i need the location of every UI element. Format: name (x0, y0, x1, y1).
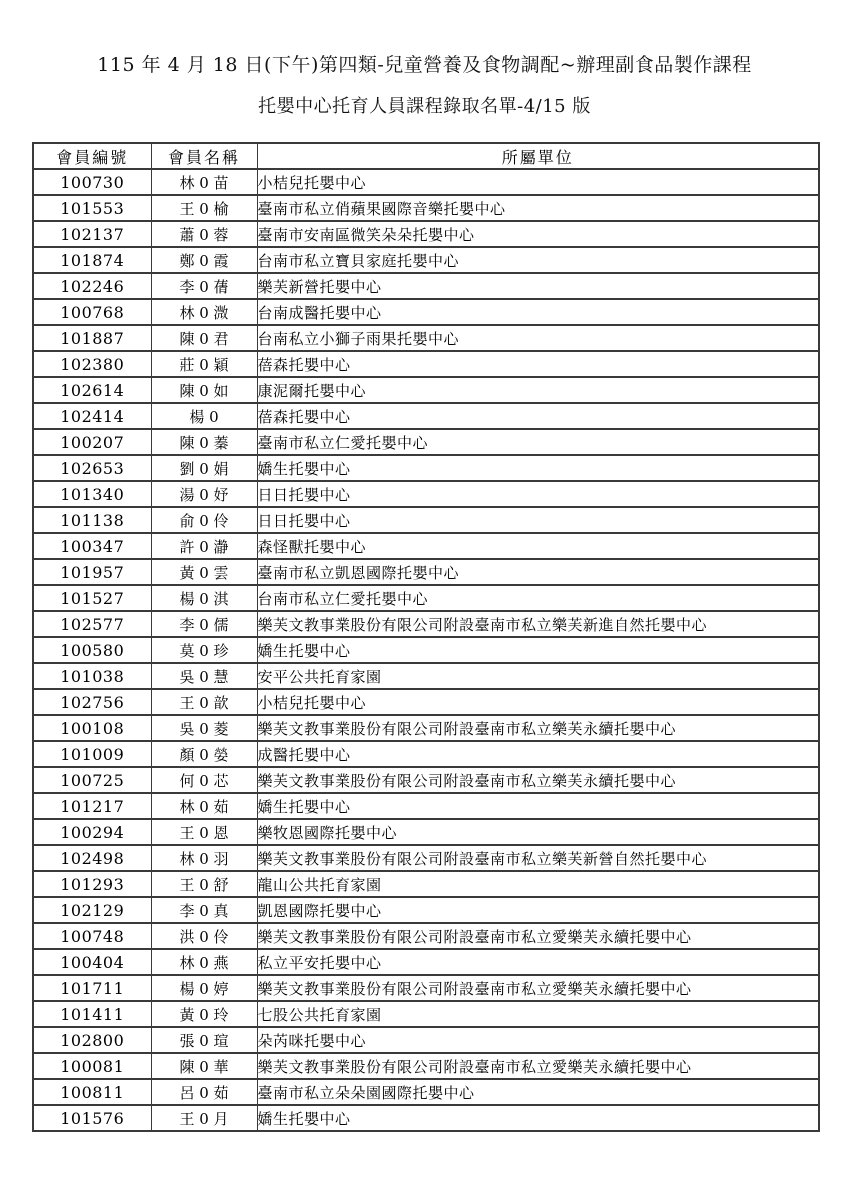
member-name-cell: 呂 0 茹 (151, 1079, 257, 1105)
unit-cell: 樂芙文教事業股份有限公司附設臺南市私立愛樂芙永續托嬰中心 (257, 975, 819, 1001)
member-name-cell: 蕭 0 蓉 (151, 221, 257, 247)
table-row: 100108吳 0 菱樂芙文教事業股份有限公司附設臺南市私立樂芙永續托嬰中心 (33, 715, 819, 741)
member-id-cell: 101527 (33, 585, 151, 611)
member-name-cell: 鄭 0 霞 (151, 247, 257, 273)
unit-cell: 蓓森托嬰中心 (257, 403, 819, 429)
header-row: 會員編號 會員名稱 所屬單位 (33, 143, 819, 169)
header-member-id: 會員編號 (33, 143, 151, 169)
member-id-cell: 100725 (33, 767, 151, 793)
member-name-cell: 楊 0 (151, 403, 257, 429)
table-row: 100748洪 0 伶樂芙文教事業股份有限公司附設臺南市私立愛樂芙永續托嬰中心 (33, 923, 819, 949)
member-name-cell: 張 0 瑄 (151, 1027, 257, 1053)
table-row: 100081陳 0 華樂芙文教事業股份有限公司附設臺南市私立愛樂芙永續托嬰中心 (33, 1053, 819, 1079)
unit-cell: 樂芙文教事業股份有限公司附設臺南市私立愛樂芙永續托嬰中心 (257, 1053, 819, 1079)
member-id-cell: 101340 (33, 481, 151, 507)
member-name-cell: 陳 0 蓁 (151, 429, 257, 455)
unit-cell: 臺南市私立仁愛托嬰中心 (257, 429, 819, 455)
member-id-cell: 100404 (33, 949, 151, 975)
member-id-cell: 102800 (33, 1027, 151, 1053)
unit-cell: 蓓森托嬰中心 (257, 351, 819, 377)
unit-cell: 七股公共托育家園 (257, 1001, 819, 1027)
unit-cell: 樂芙文教事業股份有限公司附設臺南市私立愛樂芙永續托嬰中心 (257, 923, 819, 949)
table-row: 101887陳 0 君台南私立小獅子雨果托嬰中心 (33, 325, 819, 351)
unit-cell: 嬌生托嬰中心 (257, 455, 819, 481)
member-id-cell: 101009 (33, 741, 151, 767)
table-row: 100404林 0 燕私立平安托嬰中心 (33, 949, 819, 975)
member-id-cell: 101553 (33, 195, 151, 221)
member-id-cell: 100347 (33, 533, 151, 559)
member-name-cell: 何 0 芯 (151, 767, 257, 793)
unit-cell: 日日托嬰中心 (257, 481, 819, 507)
member-name-cell: 劉 0 娟 (151, 455, 257, 481)
member-name-cell: 莊 0 穎 (151, 351, 257, 377)
member-name-cell: 王 0 歆 (151, 689, 257, 715)
member-name-cell: 黃 0 玲 (151, 1001, 257, 1027)
member-id-cell: 100580 (33, 637, 151, 663)
member-name-cell: 楊 0 婷 (151, 975, 257, 1001)
member-name-cell: 顏 0 嫈 (151, 741, 257, 767)
table-row: 101553王 0 榆臺南市私立俏蘋果國際音樂托嬰中心 (33, 195, 819, 221)
unit-cell: 凱恩國際托嬰中心 (257, 897, 819, 923)
unit-cell: 嬌生托嬰中心 (257, 1105, 819, 1131)
member-id-cell: 100768 (33, 299, 151, 325)
member-id-cell: 101293 (33, 871, 151, 897)
member-name-cell: 陳 0 如 (151, 377, 257, 403)
table-row: 100811呂 0 茹臺南市私立朵朵園國際托嬰中心 (33, 1079, 819, 1105)
table-row: 102653劉 0 娟嬌生托嬰中心 (33, 455, 819, 481)
roster-table-body: 100730林 0 苗小桔兒托嬰中心101553王 0 榆臺南市私立俏蘋果國際音… (33, 169, 819, 1131)
table-row: 100294王 0 恩樂牧恩國際托嬰中心 (33, 819, 819, 845)
table-row: 102498林 0 羽樂芙文教事業股份有限公司附設臺南市私立樂芙新營自然托嬰中心 (33, 845, 819, 871)
document-page: 115 年 4 月 18 日(下午)第四類-兒童營養及食物調配~辦理副食品製作課… (0, 0, 849, 1200)
member-id-cell: 102756 (33, 689, 151, 715)
member-id-cell: 102414 (33, 403, 151, 429)
roster-table-header: 會員編號 會員名稱 所屬單位 (33, 143, 819, 169)
member-id-cell: 100108 (33, 715, 151, 741)
member-name-cell: 陳 0 華 (151, 1053, 257, 1079)
table-row: 101576王 0 月嬌生托嬰中心 (33, 1105, 819, 1131)
member-id-cell: 102380 (33, 351, 151, 377)
table-row: 101138俞 0 伶日日托嬰中心 (33, 507, 819, 533)
table-row: 100207陳 0 蓁臺南市私立仁愛托嬰中心 (33, 429, 819, 455)
header-member-name: 會員名稱 (151, 143, 257, 169)
unit-cell: 樂芙文教事業股份有限公司附設臺南市私立樂芙新進自然托嬰中心 (257, 611, 819, 637)
member-id-cell: 101957 (33, 559, 151, 585)
table-row: 102380莊 0 穎蓓森托嬰中心 (33, 351, 819, 377)
member-name-cell: 王 0 月 (151, 1105, 257, 1131)
document-title: 115 年 4 月 18 日(下午)第四類-兒童營養及食物調配~辦理副食品製作課… (0, 50, 849, 77)
member-id-cell: 102577 (33, 611, 151, 637)
member-name-cell: 王 0 榆 (151, 195, 257, 221)
member-name-cell: 王 0 恩 (151, 819, 257, 845)
member-name-cell: 王 0 舒 (151, 871, 257, 897)
member-id-cell: 101711 (33, 975, 151, 1001)
member-name-cell: 林 0 茹 (151, 793, 257, 819)
table-row: 101217林 0 茹嬌生托嬰中心 (33, 793, 819, 819)
header-unit: 所屬單位 (257, 143, 819, 169)
unit-cell: 台南成醫托嬰中心 (257, 299, 819, 325)
member-name-cell: 李 0 真 (151, 897, 257, 923)
unit-cell: 朵芮咪托嬰中心 (257, 1027, 819, 1053)
unit-cell: 樂牧恩國際托嬰中心 (257, 819, 819, 845)
table-row: 101009顏 0 嫈成醫托嬰中心 (33, 741, 819, 767)
member-name-cell: 洪 0 伶 (151, 923, 257, 949)
roster-table: 會員編號 會員名稱 所屬單位 100730林 0 苗小桔兒托嬰中心101553王… (32, 142, 820, 1132)
member-name-cell: 黃 0 雲 (151, 559, 257, 585)
member-id-cell: 101887 (33, 325, 151, 351)
member-id-cell: 101217 (33, 793, 151, 819)
unit-cell: 康泥爾托嬰中心 (257, 377, 819, 403)
member-id-cell: 102653 (33, 455, 151, 481)
member-id-cell: 100081 (33, 1053, 151, 1079)
member-name-cell: 莫 0 珍 (151, 637, 257, 663)
table-row: 101527楊 0 淇台南市私立仁愛托嬰中心 (33, 585, 819, 611)
table-row: 102756王 0 歆小桔兒托嬰中心 (33, 689, 819, 715)
table-row: 100580莫 0 珍嬌生托嬰中心 (33, 637, 819, 663)
member-id-cell: 101038 (33, 663, 151, 689)
member-id-cell: 101576 (33, 1105, 151, 1131)
member-name-cell: 林 0 苗 (151, 169, 257, 195)
table-row: 102577李 0 儒樂芙文教事業股份有限公司附設臺南市私立樂芙新進自然托嬰中心 (33, 611, 819, 637)
member-id-cell: 101138 (33, 507, 151, 533)
table-row: 102137蕭 0 蓉臺南市安南區微笑朵朵托嬰中心 (33, 221, 819, 247)
member-name-cell: 許 0 瀞 (151, 533, 257, 559)
member-id-cell: 100811 (33, 1079, 151, 1105)
member-name-cell: 俞 0 伶 (151, 507, 257, 533)
table-row: 102414楊 0蓓森托嬰中心 (33, 403, 819, 429)
document-subtitle: 托嬰中心托育人員課程錄取名單-4/15 版 (0, 92, 849, 118)
unit-cell: 台南市私立寶貝家庭托嬰中心 (257, 247, 819, 273)
member-id-cell: 102129 (33, 897, 151, 923)
table-row: 102614陳 0 如康泥爾托嬰中心 (33, 377, 819, 403)
member-name-cell: 林 0 燕 (151, 949, 257, 975)
member-id-cell: 102614 (33, 377, 151, 403)
member-name-cell: 湯 0 妤 (151, 481, 257, 507)
member-name-cell: 楊 0 淇 (151, 585, 257, 611)
unit-cell: 日日托嬰中心 (257, 507, 819, 533)
table-row: 100730林 0 苗小桔兒托嬰中心 (33, 169, 819, 195)
table-row: 102246李 0 蒨樂芙新營托嬰中心 (33, 273, 819, 299)
unit-cell: 臺南市安南區微笑朵朵托嬰中心 (257, 221, 819, 247)
member-id-cell: 100748 (33, 923, 151, 949)
unit-cell: 樂芙文教事業股份有限公司附設臺南市私立樂芙新營自然托嬰中心 (257, 845, 819, 871)
table-row: 100768林 0 溦台南成醫托嬰中心 (33, 299, 819, 325)
unit-cell: 臺南市私立朵朵園國際托嬰中心 (257, 1079, 819, 1105)
member-id-cell: 102246 (33, 273, 151, 299)
table-row: 101711楊 0 婷樂芙文教事業股份有限公司附設臺南市私立愛樂芙永續托嬰中心 (33, 975, 819, 1001)
table-row: 102129李 0 真凱恩國際托嬰中心 (33, 897, 819, 923)
member-id-cell: 100294 (33, 819, 151, 845)
table-row: 101957黃 0 雲臺南市私立凱恩國際托嬰中心 (33, 559, 819, 585)
member-id-cell: 100730 (33, 169, 151, 195)
member-id-cell: 101411 (33, 1001, 151, 1027)
table-row: 101038吳 0 慧安平公共托育家園 (33, 663, 819, 689)
member-id-cell: 102498 (33, 845, 151, 871)
table-row: 101874鄭 0 霞台南市私立寶貝家庭托嬰中心 (33, 247, 819, 273)
member-name-cell: 李 0 蒨 (151, 273, 257, 299)
unit-cell: 小桔兒托嬰中心 (257, 689, 819, 715)
member-id-cell: 101874 (33, 247, 151, 273)
unit-cell: 樂芙文教事業股份有限公司附設臺南市私立樂芙永續托嬰中心 (257, 715, 819, 741)
unit-cell: 龍山公共托育家園 (257, 871, 819, 897)
unit-cell: 臺南市私立凱恩國際托嬰中心 (257, 559, 819, 585)
unit-cell: 樂芙新營托嬰中心 (257, 273, 819, 299)
unit-cell: 森怪獸托嬰中心 (257, 533, 819, 559)
unit-cell: 安平公共托育家園 (257, 663, 819, 689)
member-name-cell: 吳 0 菱 (151, 715, 257, 741)
table-row: 100347許 0 瀞森怪獸托嬰中心 (33, 533, 819, 559)
unit-cell: 小桔兒托嬰中心 (257, 169, 819, 195)
member-name-cell: 李 0 儒 (151, 611, 257, 637)
member-name-cell: 林 0 溦 (151, 299, 257, 325)
table-row: 100725何 0 芯樂芙文教事業股份有限公司附設臺南市私立樂芙永續托嬰中心 (33, 767, 819, 793)
table-row: 102800張 0 瑄朵芮咪托嬰中心 (33, 1027, 819, 1053)
unit-cell: 私立平安托嬰中心 (257, 949, 819, 975)
table-row: 101293王 0 舒龍山公共托育家園 (33, 871, 819, 897)
table-row: 101411黃 0 玲七股公共托育家園 (33, 1001, 819, 1027)
unit-cell: 台南私立小獅子雨果托嬰中心 (257, 325, 819, 351)
member-name-cell: 林 0 羽 (151, 845, 257, 871)
member-name-cell: 吳 0 慧 (151, 663, 257, 689)
member-id-cell: 102137 (33, 221, 151, 247)
unit-cell: 嬌生托嬰中心 (257, 637, 819, 663)
table-row: 101340湯 0 妤日日托嬰中心 (33, 481, 819, 507)
unit-cell: 嬌生托嬰中心 (257, 793, 819, 819)
unit-cell: 台南市私立仁愛托嬰中心 (257, 585, 819, 611)
unit-cell: 樂芙文教事業股份有限公司附設臺南市私立樂芙永續托嬰中心 (257, 767, 819, 793)
unit-cell: 成醫托嬰中心 (257, 741, 819, 767)
member-name-cell: 陳 0 君 (151, 325, 257, 351)
unit-cell: 臺南市私立俏蘋果國際音樂托嬰中心 (257, 195, 819, 221)
member-id-cell: 100207 (33, 429, 151, 455)
